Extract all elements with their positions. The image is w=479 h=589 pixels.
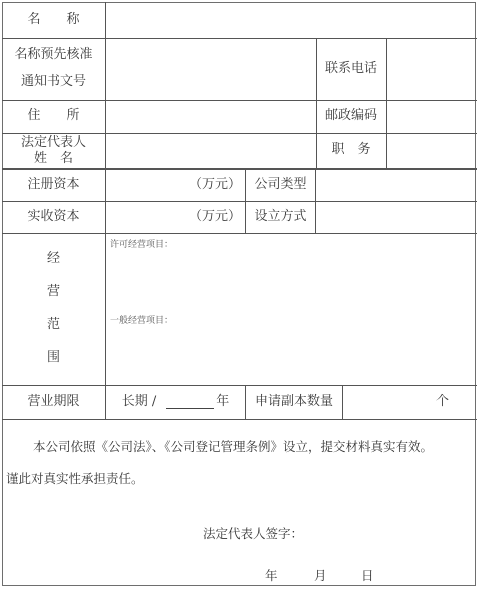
term-field[interactable]: 长期 / 年 xyxy=(106,385,245,419)
paid-capital-label: 实收资本 xyxy=(2,201,105,233)
paid-capital-unit: （万元） xyxy=(189,209,241,226)
copies-field[interactable]: 个 xyxy=(343,385,477,419)
licensed-items-label: 许可经营项目： xyxy=(110,237,173,250)
copies-label: 申请副本数量 xyxy=(246,385,342,419)
phone-label: 联系电话 xyxy=(316,38,386,100)
address-field[interactable] xyxy=(106,100,316,133)
prenotice-label-line1: 名称预先核准 xyxy=(14,47,92,64)
business-scope-label: 经 营 范 围 xyxy=(2,233,105,385)
paid-capital-field[interactable]: （万元） xyxy=(106,201,245,233)
row-divider xyxy=(2,419,477,420)
prenotice-field[interactable] xyxy=(106,38,316,100)
legal-rep-label-line1: 法定代表人 xyxy=(21,135,86,151)
scope-char: 营 xyxy=(47,284,60,301)
year-unit: 年 xyxy=(216,394,229,411)
declaration-line1: 本公司依照《公司法》、《公司登记管理条例》设立，提交材料真实有效。 xyxy=(33,437,433,455)
company-type-field[interactable] xyxy=(316,169,477,201)
company-type-label: 公司类型 xyxy=(246,169,315,201)
phone-field[interactable] xyxy=(387,38,477,100)
scope-char: 范 xyxy=(47,317,60,334)
scope-char: 围 xyxy=(47,350,60,367)
name-field[interactable] xyxy=(106,2,477,38)
business-scope-field[interactable]: 许可经营项目： 一般经营项目： xyxy=(106,233,477,385)
date-year: 年 xyxy=(265,566,278,584)
prenotice-label-line2: 通知书文号 xyxy=(21,74,86,91)
address-label: 住 所 xyxy=(2,100,105,133)
years-blank[interactable] xyxy=(166,395,214,409)
establish-method-label: 设立方式 xyxy=(246,201,315,233)
signature-label[interactable]: 法定代表人签字： xyxy=(203,524,303,542)
scope-char: 经 xyxy=(47,251,60,268)
establish-method-field[interactable] xyxy=(316,201,477,233)
legal-rep-label-line2: 姓 名 xyxy=(34,151,73,167)
date-day: 日 xyxy=(361,566,374,584)
name-label: 名 称 xyxy=(2,2,105,38)
position-label: 职 务 xyxy=(316,133,386,168)
position-field[interactable] xyxy=(387,133,477,168)
general-items-label: 一般经营项目： xyxy=(110,313,173,326)
term-label: 营业期限 xyxy=(2,385,105,419)
legal-rep-field[interactable] xyxy=(106,133,316,168)
date-month: 月 xyxy=(314,566,327,584)
prenotice-label: 名称预先核准 通知书文号 xyxy=(2,38,105,100)
postcode-label: 邮政编码 xyxy=(316,100,386,133)
reg-capital-unit: （万元） xyxy=(189,177,241,194)
legal-rep-label: 法定代表人 姓 名 xyxy=(2,133,105,168)
postcode-field[interactable] xyxy=(387,100,477,133)
declaration-line2: 谨此对真实性承担责任。 xyxy=(6,469,144,487)
long-term-text: 长期 / xyxy=(122,394,157,411)
reg-capital-label: 注册资本 xyxy=(2,169,105,201)
reg-capital-field[interactable]: （万元） xyxy=(106,169,245,201)
copies-unit: 个 xyxy=(436,394,449,411)
